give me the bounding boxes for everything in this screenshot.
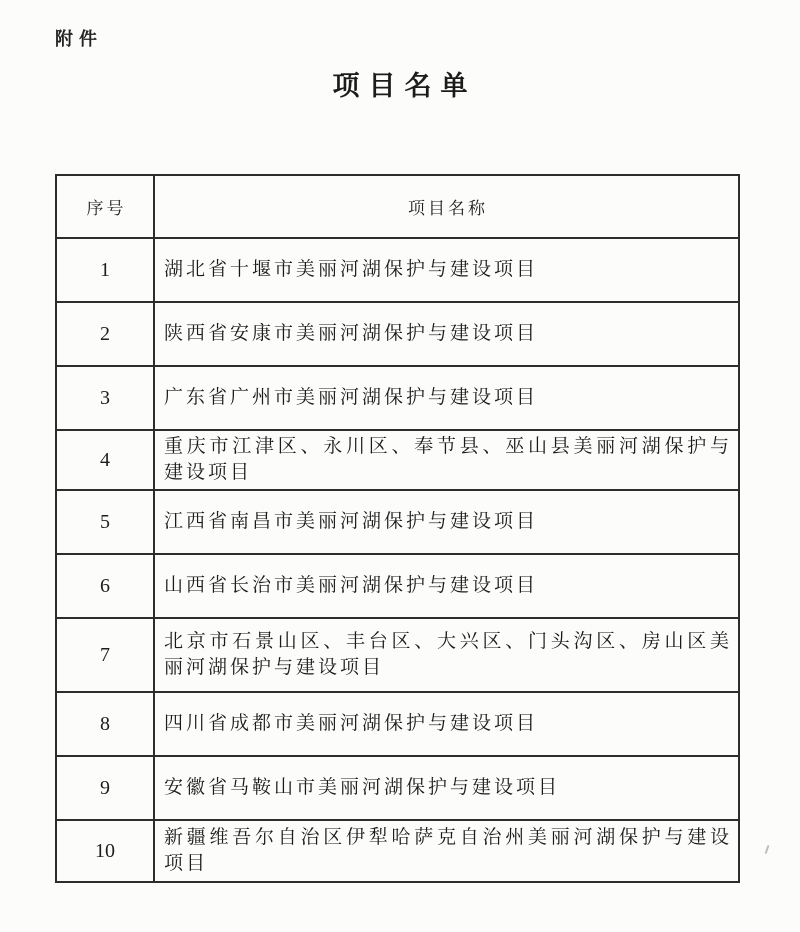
- page-title: 项目名单: [0, 64, 800, 103]
- project-name: 江西省南昌市美丽河湖保护与建设项目: [154, 490, 739, 554]
- project-name: 湖北省十堰市美丽河湖保护与建设项目: [154, 238, 739, 302]
- project-name: 广东省广州市美丽河湖保护与建设项目: [154, 366, 739, 430]
- attachment-label: 附件: [55, 25, 103, 51]
- row-index: 10: [56, 820, 154, 882]
- project-name: 新疆维吾尔自治区伊犁哈萨克自治州美丽河湖保护与建设项目: [154, 820, 739, 882]
- document-page: 附件 项目名单 序号 项目名称 1 湖北省十堰市美丽河湖保护与建设项目 2 陕西…: [0, 0, 800, 932]
- table-row: 7 北京市石景山区、丰台区、大兴区、门头沟区、房山区美丽河湖保护与建设项目: [56, 618, 739, 692]
- table-row: 5 江西省南昌市美丽河湖保护与建设项目: [56, 490, 739, 554]
- table-row: 3 广东省广州市美丽河湖保护与建设项目: [56, 366, 739, 430]
- row-index: 7: [56, 618, 154, 692]
- row-index: 1: [56, 238, 154, 302]
- table-row: 8 四川省成都市美丽河湖保护与建设项目: [56, 692, 739, 756]
- table-row: 9 安徽省马鞍山市美丽河湖保护与建设项目: [56, 756, 739, 820]
- column-header-index: 序号: [56, 175, 154, 238]
- scan-artifact-mark: [765, 845, 770, 854]
- row-index: 3: [56, 366, 154, 430]
- table-row: 6 山西省长治市美丽河湖保护与建设项目: [56, 554, 739, 618]
- table-row: 10 新疆维吾尔自治区伊犁哈萨克自治州美丽河湖保护与建设项目: [56, 820, 739, 882]
- project-name: 北京市石景山区、丰台区、大兴区、门头沟区、房山区美丽河湖保护与建设项目: [154, 618, 739, 692]
- project-table: 序号 项目名称 1 湖北省十堰市美丽河湖保护与建设项目 2 陕西省安康市美丽河湖…: [55, 174, 740, 883]
- project-name: 四川省成都市美丽河湖保护与建设项目: [154, 692, 739, 756]
- project-name: 安徽省马鞍山市美丽河湖保护与建设项目: [154, 756, 739, 820]
- table-header-row: 序号 项目名称: [56, 175, 739, 238]
- project-name: 山西省长治市美丽河湖保护与建设项目: [154, 554, 739, 618]
- table-row: 4 重庆市江津区、永川区、奉节县、巫山县美丽河湖保护与建设项目: [56, 430, 739, 490]
- table-row: 1 湖北省十堰市美丽河湖保护与建设项目: [56, 238, 739, 302]
- project-name: 陕西省安康市美丽河湖保护与建设项目: [154, 302, 739, 366]
- table-row: 2 陕西省安康市美丽河湖保护与建设项目: [56, 302, 739, 366]
- project-name: 重庆市江津区、永川区、奉节县、巫山县美丽河湖保护与建设项目: [154, 430, 739, 490]
- row-index: 8: [56, 692, 154, 756]
- row-index: 5: [56, 490, 154, 554]
- row-index: 9: [56, 756, 154, 820]
- row-index: 2: [56, 302, 154, 366]
- row-index: 4: [56, 430, 154, 490]
- column-header-name: 项目名称: [154, 175, 739, 238]
- row-index: 6: [56, 554, 154, 618]
